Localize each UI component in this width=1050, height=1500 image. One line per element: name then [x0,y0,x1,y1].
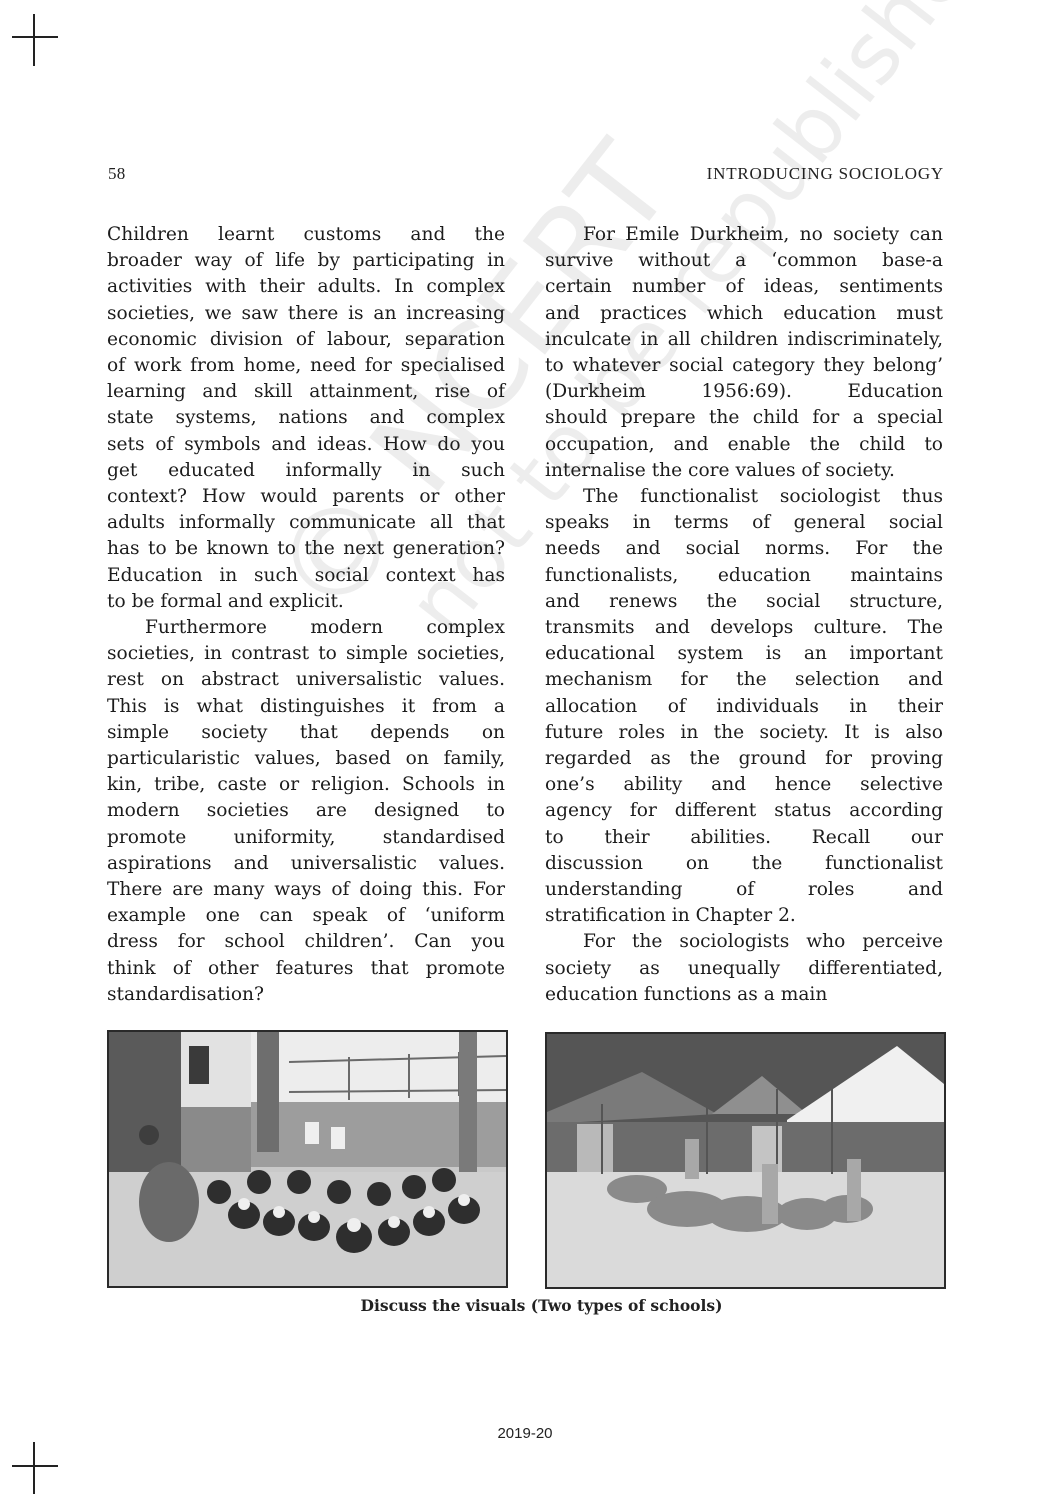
text-line: internalise the core values of society. [545,458,943,484]
text-line: kin, tribe, caste or religion. Schools i… [107,772,505,798]
text-line: get educated informally in such [107,458,505,484]
text-line: rest on abstract universalistic values. [107,667,505,693]
text-line: should prepare the child for a special [545,405,943,431]
text-line: economic division of labour, separation [107,327,505,353]
figure-formal-school-photo [107,1030,508,1288]
text-line: certain number of ideas, sentiments [545,274,943,300]
text-line: activities with their adults. In complex [107,274,505,300]
text-line: future roles in the society. It is also [545,720,943,746]
text-line: think of other features that promote [107,956,505,982]
text-line: transmits and develops culture. The [545,615,943,641]
text-line: and renews the social structure, [545,589,943,615]
text-line: of work from home, need for specialised [107,353,505,379]
text-line: functionalists, education maintains [545,563,943,589]
text-line: sets of symbols and ideas. How do you [107,432,505,458]
text-line: simple society that depends on [107,720,505,746]
text-line: occupation, and enable the child to [545,432,943,458]
text-line: has to be known to the next generation? [107,536,505,562]
right-column: For Emile Durkheim, no society cansurviv… [545,222,943,1008]
edition-footer: 2019-20 [0,1425,1050,1442]
text-line: standardisation? [107,982,505,1008]
figure-caption: Discuss the visuals (Two types of school… [0,1296,1050,1315]
page-number: 58 [108,164,126,184]
figure-tent-school-photo [545,1032,946,1289]
text-line: aspirations and universalistic values. [107,851,505,877]
text-line: agency for different status according [545,798,943,824]
text-line: and practices which education must [545,301,943,327]
text-line: Education in such social context has [107,563,505,589]
text-line: state systems, nations and complex [107,405,505,431]
text-line: educational system is an important [545,641,943,667]
text-line: societies, we saw there is an increasing [107,301,505,327]
text-line: speaks in terms of general social [545,510,943,536]
text-line: Furthermore modern complex [107,615,505,641]
text-line: to whatever social category they belong’ [545,353,943,379]
crop-mark-top-left-h [12,36,58,38]
text-line: There are many ways of doing this. For [107,877,505,903]
text-line: context? How would parents or other [107,484,505,510]
text-line: stratification in Chapter 2. [545,903,943,929]
text-line: regarded as the ground for proving [545,746,943,772]
text-line: societies, in contrast to simple societi… [107,641,505,667]
paragraph: For the sociologists who perceivesociety… [545,929,943,1008]
text-line: For Emile Durkheim, no society can [545,222,943,248]
text-line: This is what distinguishes it from a [107,694,505,720]
paragraph: Furthermore modern complexsocieties, in … [107,615,505,1008]
text-line: discussion on the functionalist [545,851,943,877]
paragraph: Children learnt customs and thebroader w… [107,222,505,615]
text-line: needs and social norms. For the [545,536,943,562]
left-column: Children learnt customs and thebroader w… [107,222,505,1008]
text-line: mechanism for the selection and [545,667,943,693]
tent-school-image-icon [547,1034,944,1287]
text-line: to be formal and explicit. [107,589,505,615]
text-line: one’s ability and hence selective [545,772,943,798]
crop-mark-bottom-left-h [12,1465,58,1467]
text-line: example one can speak of ‘uniform [107,903,505,929]
text-line: broader way of life by participating in [107,248,505,274]
text-line: particularistic values, based on family, [107,746,505,772]
crop-mark-top-left-v [33,14,35,66]
text-line: Children learnt customs and the [107,222,505,248]
text-line: adults informally communicate all that [107,510,505,536]
text-line: to their abilities. Recall our [545,825,943,851]
text-line: dress for school children’. Can you [107,929,505,955]
paragraph: For Emile Durkheim, no society cansurviv… [545,222,943,484]
text-line: inculcate in all children indiscriminate… [545,327,943,353]
text-line: survive without a ‘common base-a [545,248,943,274]
text-line: modern societies are designed to [107,798,505,824]
text-line: understanding of roles and [545,877,943,903]
text-line: For the sociologists who perceive [545,929,943,955]
text-line: (Durkheim 1956:69). Education [545,379,943,405]
text-line: learning and skill attainment, rise of [107,379,505,405]
school-courtyard-image-icon [109,1032,506,1286]
paragraph: The functionalist sociologist thusspeaks… [545,484,943,929]
text-line: society as unequally differentiated, [545,956,943,982]
text-line: promote uniformity, standardised [107,825,505,851]
text-line: education functions as a main [545,982,943,1008]
text-line: allocation of individuals in their [545,694,943,720]
crop-mark-bottom-left-v [33,1442,35,1494]
text-line: The functionalist sociologist thus [545,484,943,510]
running-title: INTRODUCING SOCIOLOGY [707,164,944,184]
